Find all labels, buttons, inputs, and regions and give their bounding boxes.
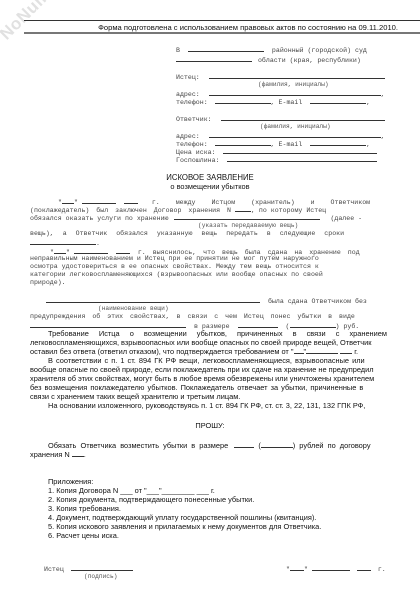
- court-name-field[interactable]: [188, 45, 264, 52]
- request-heading: ПРОШУ:: [0, 421, 420, 430]
- p2-line5: природе).: [30, 279, 66, 287]
- defendant-hint: (фамилия, инициалы): [260, 123, 331, 131]
- p2-year-field[interactable]: [116, 247, 130, 254]
- attachment-item: 3. Копия требования.: [48, 504, 121, 513]
- p5-line3: хранителя об этих свойствах, могут быть …: [30, 374, 374, 383]
- plaintiff-name-field[interactable]: [209, 72, 385, 79]
- p3-line1: была сдана Ответчиком без: [46, 296, 367, 306]
- attachments-heading: Приложения:: [48, 477, 93, 486]
- request-text2: хранения N: [30, 450, 70, 459]
- request-contract-number-field[interactable]: [72, 450, 84, 457]
- p1-hint: (указать передаваемую вещь): [198, 222, 298, 230]
- plaintiff-phone-line: телефон: , E-mail ,: [176, 97, 370, 107]
- p4-line3: оставил без ответа (ответил отказом), чт…: [30, 347, 358, 356]
- signature-date-line: "" г.: [286, 564, 386, 574]
- p5-line4: без возмещения поклажедателю убытков. По…: [30, 383, 363, 392]
- header-bar: Форма подготовлена с использованием прав…: [24, 20, 420, 34]
- loss-amount-field[interactable]: [238, 321, 278, 328]
- p4-year-field[interactable]: [340, 347, 352, 354]
- loss-amount-words-field[interactable]: [290, 321, 336, 328]
- request-text2-tail: .: [84, 450, 86, 459]
- doc-title: ИСКОВОЕ ЗАЯВЛЕНИЕ: [0, 173, 420, 182]
- p5-line2: вообще опасные по своей природе, если по…: [30, 365, 374, 374]
- item-name-field[interactable]: [46, 296, 260, 303]
- plaintiff-label: Истец:: [176, 74, 200, 81]
- signature-date-tail: г.: [378, 566, 386, 573]
- attachment-item: 2. Копия документа, подтверждающего поне…: [48, 495, 254, 504]
- court-prefix: В: [176, 47, 180, 54]
- defendant-phone-field[interactable]: [215, 139, 271, 146]
- state-fee-field[interactable]: [227, 155, 377, 162]
- attachment-item: 6. Расчет цены иска.: [48, 531, 119, 540]
- request-amount-field[interactable]: [234, 441, 254, 448]
- transfer-terms-field[interactable]: [30, 238, 96, 245]
- defendant-name-field[interactable]: [221, 114, 385, 121]
- request-amount-words-field[interactable]: [261, 441, 293, 448]
- claim-price-field[interactable]: [223, 147, 377, 154]
- header-notice: Форма подготовлена с использованием прав…: [98, 23, 398, 32]
- p4-text3: оставил без ответа (ответил отказом), чт…: [30, 347, 289, 356]
- loss-type-field[interactable]: [30, 321, 186, 328]
- p5-line1: В соответствии с п. 1 ст. 894 ГК РФ вещи…: [48, 356, 365, 365]
- p1-year-field[interactable]: [124, 197, 138, 204]
- court-line: В районный (городской) суд: [176, 45, 367, 55]
- signature-month-field[interactable]: [312, 564, 350, 571]
- plaintiff-email-field[interactable]: [310, 97, 366, 104]
- state-fee-line: Госпошлина:: [176, 155, 377, 165]
- stored-item-field[interactable]: [174, 213, 320, 220]
- p1-month-field[interactable]: [82, 197, 116, 204]
- defendant-label: Ответчик:: [176, 116, 212, 123]
- p4-line1: Требование Истца о возмещении убытков, п…: [48, 329, 387, 338]
- region-field[interactable]: [176, 55, 252, 62]
- p1-text3: обязался оказать услуги по хранению: [30, 215, 169, 222]
- plaintiff-phone-field[interactable]: [215, 97, 271, 104]
- attachment-item: 4. Документ, подтверждающий уплату госуд…: [48, 513, 316, 522]
- p2-line4: категории легковоспламеняющихся (взрывоо…: [30, 271, 323, 279]
- p1-line4: вещь), а Ответчик обязался указанную вещ…: [30, 230, 344, 238]
- p4-text3-tail: г.: [354, 347, 358, 356]
- p1-text3-tail: (далее -: [330, 215, 362, 222]
- p5-line5: связи с хранением таких вещей хранителю …: [30, 392, 240, 401]
- signature-hint: (подпись): [84, 573, 117, 581]
- signature-day-field[interactable]: [290, 564, 304, 571]
- state-fee-label: Госпошлина:: [176, 157, 220, 164]
- signature-year-field[interactable]: [357, 564, 371, 571]
- signature-label: Истец: [44, 566, 64, 573]
- request-text1: Обязать Ответчика возместить убытки в ра…: [48, 441, 228, 450]
- defendant-email-field[interactable]: [310, 139, 366, 146]
- p2-line2: неправильным наименованием и Истец при е…: [30, 255, 319, 263]
- request-line1: Обязать Ответчика возместить убытки в ра…: [48, 441, 371, 450]
- attachment-item: 1. Копия Договора N ___ от "___"________…: [48, 486, 215, 495]
- p3-line2: предупреждения об этих свойствах, в связ…: [30, 313, 355, 321]
- signature-field[interactable]: [71, 564, 133, 571]
- p2-day-field[interactable]: [54, 247, 66, 254]
- request-text1-tail: рублей по договору: [299, 441, 370, 450]
- p1-day-field[interactable]: [62, 197, 74, 204]
- contract-number-field[interactable]: [235, 205, 251, 212]
- request-line2: хранения N .: [30, 450, 86, 459]
- plaintiff-address-field[interactable]: [209, 89, 381, 96]
- defendant-address-field[interactable]: [209, 131, 381, 138]
- p4-day-field[interactable]: [294, 347, 304, 354]
- p3-text1-tail: была сдана Ответчиком без: [268, 298, 367, 305]
- p4-month-field[interactable]: [306, 347, 338, 354]
- p1-line3: обязался оказать услуги по хранению (дал…: [30, 213, 362, 223]
- region-suffix: области (края, республики): [258, 57, 361, 64]
- p2-line3: осмотра удостовериться в ее опасных свой…: [30, 263, 319, 271]
- attachment-item: 5. Копия искового заявления и прилагаемы…: [48, 522, 321, 531]
- p4-line2: легковоспламеняющихся, взрывоопасных или…: [30, 338, 372, 347]
- plaintiff-email-label: E-mail: [279, 99, 303, 106]
- court-suffix: районный (городской) суд: [272, 47, 367, 54]
- p2-month-field[interactable]: [74, 247, 108, 254]
- plaintiff-phone-label: телефон:: [176, 99, 208, 106]
- p3-hint: (наименование вещи): [98, 305, 169, 313]
- plaintiff-hint: (фамилия, инициалы): [258, 81, 329, 89]
- doc-subtitle: о возмещении убытков: [0, 182, 420, 191]
- p6-line: На основании изложенного, руководствуясь…: [48, 401, 365, 410]
- region-line: области (края, республики): [176, 55, 361, 65]
